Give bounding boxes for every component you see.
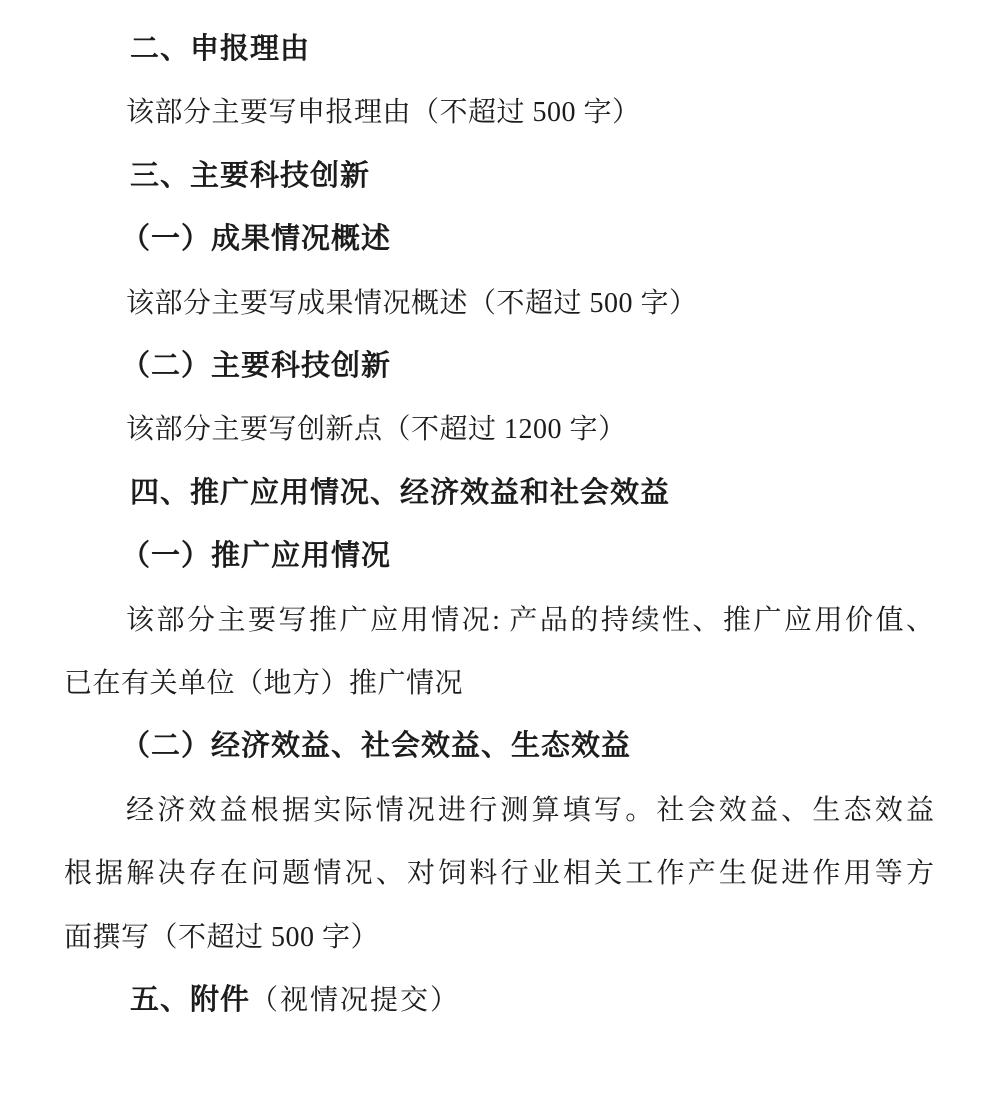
heading-note-text: （视情况提交） — [250, 985, 460, 1016]
heading-level-2: （二）经济效益、社会效益、生态效益 — [64, 715, 934, 778]
paragraph-line: 经济效益根据实际情况进行测算填写。社会效益、生态效益 — [64, 779, 934, 842]
document-content: 二、申报理由 该部分主要写申报理由（不超过 500 字） 三、主要科技创新 （一… — [64, 18, 934, 1033]
heading-level-1: 四、推广应用情况、经济效益和社会效益 — [64, 462, 934, 525]
paragraph-line: 已在有关单位（地方）推广情况 — [64, 652, 934, 715]
paragraph-line: 该部分主要写推广应用情况: 产品的持续性、推广应用价值、 — [64, 589, 934, 652]
paragraph-line: 该部分主要写申报理由（不超过 500 字） — [64, 81, 934, 144]
heading-level-1: 三、主要科技创新 — [64, 145, 934, 208]
heading-level-1-with-note: 五、附件（视情况提交） — [64, 969, 934, 1032]
paragraph-line: 该部分主要写创新点（不超过 1200 字） — [64, 398, 934, 461]
heading-level-2: （二）主要科技创新 — [64, 335, 934, 398]
heading-level-2: （一）成果情况概述 — [64, 208, 934, 271]
paragraph-line: 根据解决存在问题情况、对饲料行业相关工作产生促进作用等方 — [64, 842, 934, 905]
heading-level-1-text: 五、附件 — [130, 984, 250, 1016]
paragraph-line: 该部分主要写成果情况概述（不超过 500 字） — [64, 272, 934, 335]
document-page: 二、申报理由 该部分主要写申报理由（不超过 500 字） 三、主要科技创新 （一… — [0, 0, 1000, 1099]
paragraph-line: 面撰写（不超过 500 字） — [64, 906, 934, 969]
heading-level-1: 二、申报理由 — [64, 18, 934, 81]
heading-level-2: （一）推广应用情况 — [64, 525, 934, 588]
